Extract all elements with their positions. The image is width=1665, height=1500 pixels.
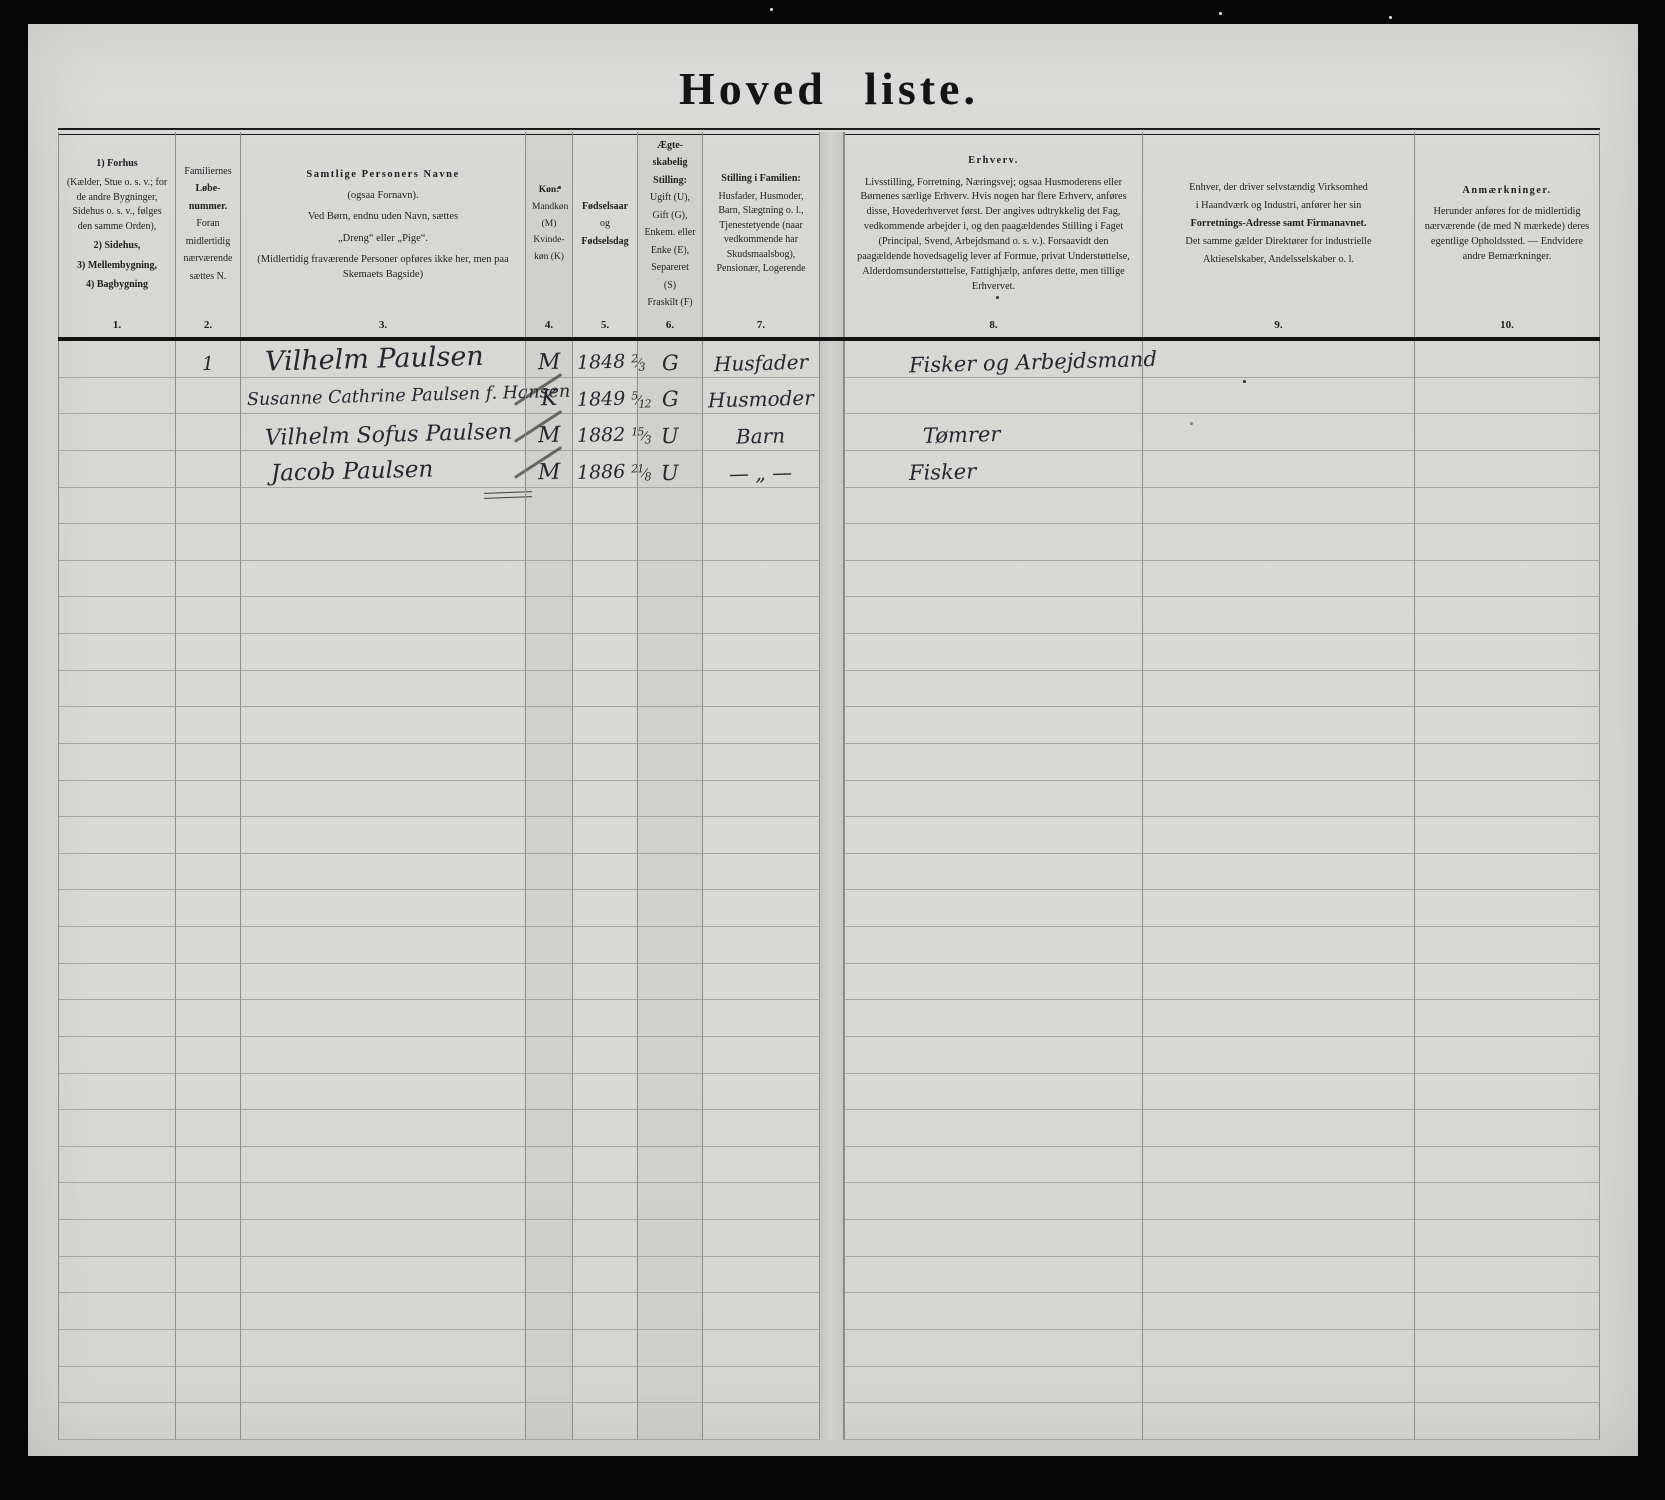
cell-family-number [175,817,240,854]
handwritten-sex: M [537,459,560,487]
cell-business-address [1142,927,1414,964]
cell-business-address [1142,524,1414,561]
cell-family-position [702,1183,819,1220]
cell-business-address [1142,1330,1414,1367]
column-number: 10. [1421,313,1593,337]
column-header-text: Køn:Mandkøn(M)Kvinde-køn (K) [532,136,566,313]
cell-remarks [1414,634,1600,671]
cell-birthdate [572,890,637,927]
cell-name [240,927,525,964]
column-number: 9. [1149,313,1408,337]
cell-name [240,890,525,927]
cell-remarks [1414,561,1600,598]
table-row [58,1257,1600,1294]
cell-marital-status: U [637,414,702,451]
cell-occupation [844,781,1142,818]
cell-family-position [702,1367,819,1404]
cell-business-address [1142,634,1414,671]
cell-family-number [175,964,240,1001]
cell-marital-status [637,1330,702,1367]
cell-name [240,1403,525,1440]
scan-speck [1389,16,1392,19]
page-fold [819,597,844,634]
cell-remarks [1414,707,1600,744]
cell-remarks [1414,1220,1600,1257]
cell-family-position: Barn [702,414,819,451]
cell-sex [525,524,572,561]
page-fold [819,414,844,451]
cell-family-position [702,781,819,818]
cell-occupation [844,817,1142,854]
handwritten-occupation: Tømrer [845,422,1001,452]
cell-occupation [844,597,1142,634]
cell-business-address [1142,707,1414,744]
cell-business-address [1142,488,1414,525]
cell-occupation [844,1110,1142,1147]
cell-business-address [1142,414,1414,451]
cell-sex [525,1257,572,1294]
cell-family-position: Husfader [702,341,819,378]
table-row [58,1293,1600,1330]
page-fold [819,817,844,854]
cell-marital-status [637,707,702,744]
cell-family-number [175,1220,240,1257]
cell-remarks [1414,1037,1600,1074]
page-fold [819,524,844,561]
column-number: 1. [65,313,169,337]
cell-sex [525,671,572,708]
cell-family-position [702,1074,819,1111]
cell-remarks [1414,671,1600,708]
cell-building [58,671,175,708]
column-number: 2. [182,313,234,337]
scan-speck [770,8,773,11]
cell-name [240,671,525,708]
page-fold [819,341,844,378]
table-row [58,1183,1600,1220]
cell-sex [525,854,572,891]
cell-occupation [844,1074,1142,1111]
cell-occupation [844,1257,1142,1294]
handwritten-number: 1 [202,352,215,376]
cell-family-number [175,707,240,744]
census-page: Hoved liste. 1) Forhus(Kælder, Stue o. s… [28,24,1638,1456]
cell-business-address [1142,1367,1414,1404]
cell-birthdate [572,488,637,525]
cell-birthdate [572,1403,637,1440]
cell-marital-status [637,1220,702,1257]
cell-remarks [1414,1074,1600,1111]
page-fold [819,1110,844,1147]
cell-family-number [175,1403,240,1440]
column-header-occupation: Erhverv.Livsstilling, Forretning, Næring… [844,132,1142,337]
cell-marital-status [637,1403,702,1440]
cell-building [58,488,175,525]
cell-sex [525,964,572,1001]
handwritten-sex: K [540,386,557,413]
page-fold [819,1183,844,1220]
table-body: 1Vilhelm PaulsenM1848 2⁄3GHusfaderFisker… [58,341,1600,1440]
cell-occupation [844,1220,1142,1257]
cell-family-position [702,744,819,781]
cell-marital-status: G [637,378,702,415]
column-header-text: Ægte-skabeligStilling:Ugift (U),Gift (G)… [644,136,696,313]
cell-occupation [844,524,1142,561]
table-row [58,1330,1600,1367]
cell-family-position [702,634,819,671]
table-row [58,488,1600,525]
column-number: 4. [532,313,566,337]
cell-marital-status [637,964,702,1001]
cell-building [58,341,175,378]
cell-marital-status [637,817,702,854]
cell-building [58,781,175,818]
cell-remarks [1414,890,1600,927]
handwritten-position: Husfader [714,349,809,377]
cell-remarks [1414,1367,1600,1404]
cell-business-address [1142,561,1414,598]
cell-birthdate [572,597,637,634]
cell-marital-status [637,1037,702,1074]
cell-marital-status [637,597,702,634]
cell-family-position [702,707,819,744]
cell-birthdate [572,1293,637,1330]
cell-family-position [702,817,819,854]
cell-occupation [844,634,1142,671]
cell-family-number [175,1110,240,1147]
column-header-text: 1) Forhus(Kælder, Stue o. s. v.; for de … [65,136,169,313]
column-number: 8. [851,313,1136,337]
cell-marital-status [637,561,702,598]
cell-business-address [1142,817,1414,854]
column-header-family-position: Stilling i Familien:Husfader, Husmoder, … [702,132,819,337]
cell-sex [525,1367,572,1404]
cell-building [58,1000,175,1037]
cell-building [58,1220,175,1257]
cell-family-number [175,1037,240,1074]
table-row: 1Vilhelm PaulsenM1848 2⁄3GHusfaderFisker… [58,341,1600,378]
cell-name: Vilhelm Sofus Paulsen [240,414,525,451]
cell-business-address [1142,1037,1414,1074]
table-row [58,1220,1600,1257]
handwritten-sex: M [537,423,560,451]
cell-family-number [175,1293,240,1330]
page-title: Hoved liste. [58,62,1600,115]
column-number: 6. [644,313,696,337]
cell-marital-status [637,488,702,525]
page-fold [819,707,844,744]
cell-name [240,964,525,1001]
page-fold [819,1403,844,1440]
cell-name [240,1330,525,1367]
column-header-text: Stilling i Familien:Husfader, Husmoder, … [709,136,813,313]
cell-remarks [1414,597,1600,634]
cell-family-number [175,378,240,415]
cell-business-address [1142,1147,1414,1184]
cell-sex: M [525,414,572,451]
cell-name [240,744,525,781]
cell-family-position [702,1220,819,1257]
cell-family-number [175,1074,240,1111]
cell-sex [525,781,572,818]
cell-occupation: Fisker [844,451,1142,488]
cell-remarks [1414,488,1600,525]
cell-remarks [1414,964,1600,1001]
handwritten-occupation: Fisker [845,459,977,488]
column-number: 7. [709,313,813,337]
cell-remarks [1414,1293,1600,1330]
cell-occupation [844,671,1142,708]
page-fold [819,1293,844,1330]
cell-family-position [702,524,819,561]
cell-marital-status [637,1074,702,1111]
cell-name [240,597,525,634]
handwritten-name: Vilhelm Sofus Paulsen [241,419,513,453]
cell-occupation [844,378,1142,415]
column-header-text: Anmærkninger.Herunder anføres for de mid… [1421,136,1593,313]
cell-family-number [175,854,240,891]
cell-birthdate [572,1330,637,1367]
cell-occupation [844,744,1142,781]
cell-business-address [1142,890,1414,927]
cell-remarks [1414,1183,1600,1220]
cell-sex [525,1220,572,1257]
cell-birthdate [572,671,637,708]
cell-family-position: Husmoder [702,378,819,415]
cell-marital-status [637,854,702,891]
cell-sex [525,1000,572,1037]
cell-marital-status [637,1000,702,1037]
table-row [58,1037,1600,1074]
cell-occupation [844,890,1142,927]
cell-marital-status: U [637,451,702,488]
table-row [58,964,1600,1001]
cell-building [58,1293,175,1330]
cell-building [58,1367,175,1404]
cell-sex [525,817,572,854]
cell-family-position [702,1110,819,1147]
cell-building [58,1183,175,1220]
cell-family-position: — „ — [702,451,819,488]
cell-name [240,1000,525,1037]
cell-name [240,1147,525,1184]
cell-family-number [175,488,240,525]
cell-building [58,1403,175,1440]
cell-building [58,378,175,415]
cell-name [240,1074,525,1111]
cell-remarks [1414,1147,1600,1184]
cell-sex [525,488,572,525]
cell-business-address [1142,1403,1414,1440]
cell-building [58,1110,175,1147]
cell-family-number [175,744,240,781]
cell-birthdate [572,1220,637,1257]
column-header-remarks: Anmærkninger.Herunder anføres for de mid… [1414,132,1600,337]
column-header-text: Enhver, der driver selvstændig Virksomhe… [1149,136,1408,313]
cell-remarks [1414,341,1600,378]
page-fold [819,451,844,488]
cell-birthdate [572,927,637,964]
cell-sex: M [525,341,572,378]
cell-sex: K [525,378,572,415]
cell-family-position [702,890,819,927]
cell-name [240,561,525,598]
page-fold [819,854,844,891]
table-row [58,854,1600,891]
cell-sex [525,1293,572,1330]
cell-sex [525,1147,572,1184]
cell-family-position [702,1293,819,1330]
cell-occupation: Tømrer [844,414,1142,451]
column-header-text: Samtlige Personers Navne(ogsaa Fornavn).… [247,136,519,313]
page-fold [819,1147,844,1184]
cell-marital-status [637,927,702,964]
cell-birthdate [572,744,637,781]
table-row [58,561,1600,598]
cell-family-number [175,524,240,561]
cell-sex [525,1037,572,1074]
cell-business-address [1142,744,1414,781]
cell-building [58,1330,175,1367]
cell-building [58,927,175,964]
cell-name [240,1293,525,1330]
cell-birthdate [572,1147,637,1184]
page-fold [819,378,844,415]
cell-building [58,1257,175,1294]
cell-building [58,964,175,1001]
table-row: Susanne Cathrine Paulsen f. HansenK1849 … [58,378,1600,415]
page-fold [819,634,844,671]
cell-name: Susanne Cathrine Paulsen f. Hansen [240,378,525,415]
cell-family-position [702,927,819,964]
cell-family-position [702,1000,819,1037]
cell-sex [525,927,572,964]
cell-family-number [175,451,240,488]
handwritten-marital: G [661,350,678,376]
cell-birthdate [572,1000,637,1037]
handwritten-name: Vilhelm Paulsen [241,340,485,379]
column-header-building: 1) Forhus(Kælder, Stue o. s. v.; for de … [58,132,175,337]
cell-sex [525,1403,572,1440]
cell-building [58,890,175,927]
page-fold [819,671,844,708]
cell-building [58,561,175,598]
cell-name [240,1183,525,1220]
table-row [58,634,1600,671]
cell-occupation [844,1403,1142,1440]
cell-marital-status [637,890,702,927]
cell-business-address [1142,451,1414,488]
page-fold [819,964,844,1001]
cell-birthdate: 1886 21⁄8 [572,451,637,488]
cell-marital-status: G [637,341,702,378]
cell-family-position [702,561,819,598]
cell-business-address [1142,964,1414,1001]
column-header-names: Samtlige Personers Navne(ogsaa Fornavn).… [240,132,525,337]
cell-building [58,1074,175,1111]
table-row [58,890,1600,927]
cell-name [240,1220,525,1257]
handwritten-marital: U [661,460,679,486]
page-fold [819,1000,844,1037]
cell-marital-status [637,1257,702,1294]
scan-speck [1219,12,1222,15]
cell-occupation: Fisker og Arbejdsmand [844,341,1142,378]
cell-birthdate [572,1183,637,1220]
cell-building [58,524,175,561]
cell-occupation [844,1183,1142,1220]
handwritten-name: Susanne Cathrine Paulsen f. Hansen [241,382,571,418]
cell-building [58,597,175,634]
cell-sex [525,561,572,598]
cell-family-position [702,671,819,708]
cell-family-number [175,927,240,964]
table-row [58,1000,1600,1037]
cell-name [240,1367,525,1404]
cell-name [240,1257,525,1294]
cell-building [58,1147,175,1184]
cell-family-number [175,890,240,927]
cell-family-position [702,1257,819,1294]
column-header-text: FødselsaarogFødselsdag [579,136,631,313]
cell-family-number [175,1367,240,1404]
column-number: 3. [247,313,519,337]
cell-business-address [1142,1220,1414,1257]
cell-marital-status [637,524,702,561]
page-fold [819,744,844,781]
page-fold [819,561,844,598]
cell-business-address [1142,378,1414,415]
cell-marital-status [637,1147,702,1184]
table-row [58,1403,1600,1440]
cell-family-number [175,634,240,671]
table-row [58,817,1600,854]
cell-birthdate [572,817,637,854]
page-fold-gutter [819,132,844,337]
cell-family-position [702,1147,819,1184]
cell-family-number [175,561,240,598]
cell-name [240,854,525,891]
column-header-sex: Køn:Mandkøn(M)Kvinde-køn (K) 4. [525,132,572,337]
cell-occupation [844,1000,1142,1037]
cell-business-address [1142,1000,1414,1037]
cell-remarks [1414,744,1600,781]
cell-marital-status [637,1183,702,1220]
table-row [58,744,1600,781]
handwritten-position: Husmoder [708,386,814,415]
cell-sex [525,597,572,634]
cell-marital-status [637,1293,702,1330]
cell-family-number [175,1183,240,1220]
handwritten-marital: G [661,387,678,413]
page-fold [819,1037,844,1074]
table-row [58,597,1600,634]
cell-occupation [844,561,1142,598]
cell-occupation [844,488,1142,525]
cell-family-position [702,488,819,525]
cell-name [240,1110,525,1147]
cell-occupation [844,1037,1142,1074]
table-row [58,1074,1600,1111]
cell-building [58,414,175,451]
cell-name [240,1037,525,1074]
cell-marital-status [637,1367,702,1404]
handwritten-name: Jacob Paulsen [241,456,434,489]
cell-business-address [1142,341,1414,378]
cell-sex [525,634,572,671]
cell-business-address [1142,1110,1414,1147]
cell-occupation [844,854,1142,891]
